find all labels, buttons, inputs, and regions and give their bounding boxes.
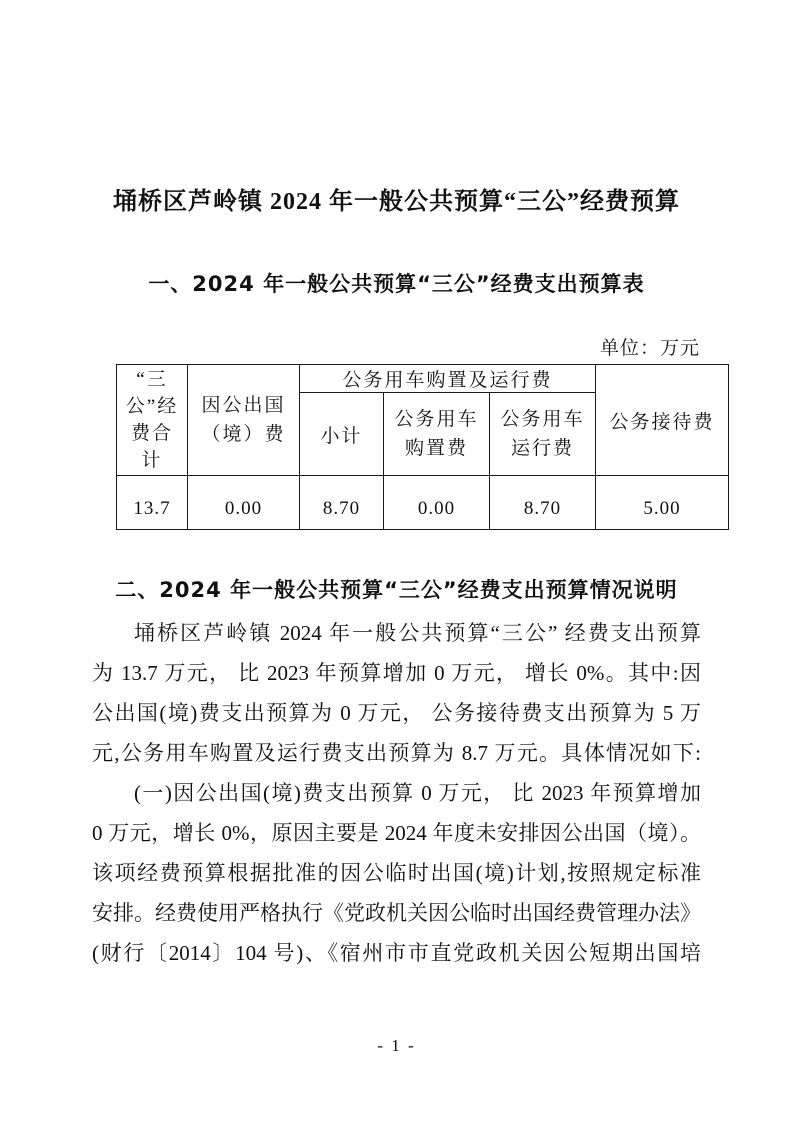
section2-heading: 二、2024 年一般公共预算“三公”经费支出预算情况说明 — [0, 576, 793, 605]
table-row: 13.7 0.00 8.70 0.00 8.70 5.00 — [117, 476, 729, 530]
body-line: 该项经费预算根据批准的因公临时出国(境)计划,按照规定标准 — [92, 853, 701, 893]
unit-label: 单位：万元 — [0, 338, 793, 360]
page-title: 埇桥区芦岭镇 2024 年一般公共预算“三公”经费预算 — [0, 186, 793, 218]
table-value-purchase: 0.00 — [384, 476, 490, 530]
table-header-subtotal: 小计 — [300, 393, 384, 476]
table-value-operation: 8.70 — [490, 476, 596, 530]
body-line: 元,公务用车购置及运行费支出预算为 8.7 万元。具体情况如下: — [92, 733, 701, 773]
table-header-abroad-fee: 因公出国 （境）费 — [188, 365, 300, 476]
table-header-vehicle-purchase: 公务用车 购置费 — [384, 393, 490, 476]
body-line: (一)因公出国(境)费支出预算 0 万元， 比 2023 年预算增加 — [92, 773, 701, 813]
table-value-reception: 5.00 — [596, 476, 729, 530]
body-line: 为 13.7 万元， 比 2023 年预算增加 0 万元， 增长 0%。其中:因 — [92, 653, 701, 693]
body-line: 公出国(境)费支出预算为 0 万元， 公务接待费支出预算为 5 万 — [92, 693, 701, 733]
body-line: (财行〔2014〕104 号)、《宿州市市直党政机关因公短期出国培 — [92, 933, 701, 973]
table-value-abroad: 0.00 — [188, 476, 300, 530]
body-line: 安排。经费使用严格执行《党政机关因公临时出国经费管理办法》 — [92, 893, 701, 933]
table-value-total: 13.7 — [117, 476, 188, 530]
body-text: 埇桥区芦岭镇 2024 年一般公共预算“三公” 经费支出预算 为 13.7 万元… — [92, 613, 701, 973]
body-line: 埇桥区芦岭镇 2024 年一般公共预算“三公” 经费支出预算 — [92, 613, 701, 653]
table-value-subtotal: 8.70 — [300, 476, 384, 530]
table-header-three-public-total: “三 公”经 费合 计 — [117, 365, 188, 476]
table-header-reception-fee: 公务接待费 — [596, 365, 729, 476]
page-number: - 1 - — [0, 1037, 793, 1055]
table-header-vehicle-group: 公务用车购置及运行费 — [300, 365, 596, 393]
table-header-vehicle-operation: 公务用车 运行费 — [490, 393, 596, 476]
document-page: 埇桥区芦岭镇 2024 年一般公共预算“三公”经费预算 一、2024 年一般公共… — [0, 0, 793, 1122]
budget-table: “三 公”经 费合 计 因公出国 （境）费 公务用车购置及运行费 公务接待费 小… — [116, 364, 729, 530]
body-line: 0 万元，增长 0%，原因主要是 2024 年度未安排因公出国（境）。 — [92, 813, 701, 853]
section1-heading: 一、2024 年一般公共预算“三公”经费支出预算表 — [0, 270, 793, 299]
